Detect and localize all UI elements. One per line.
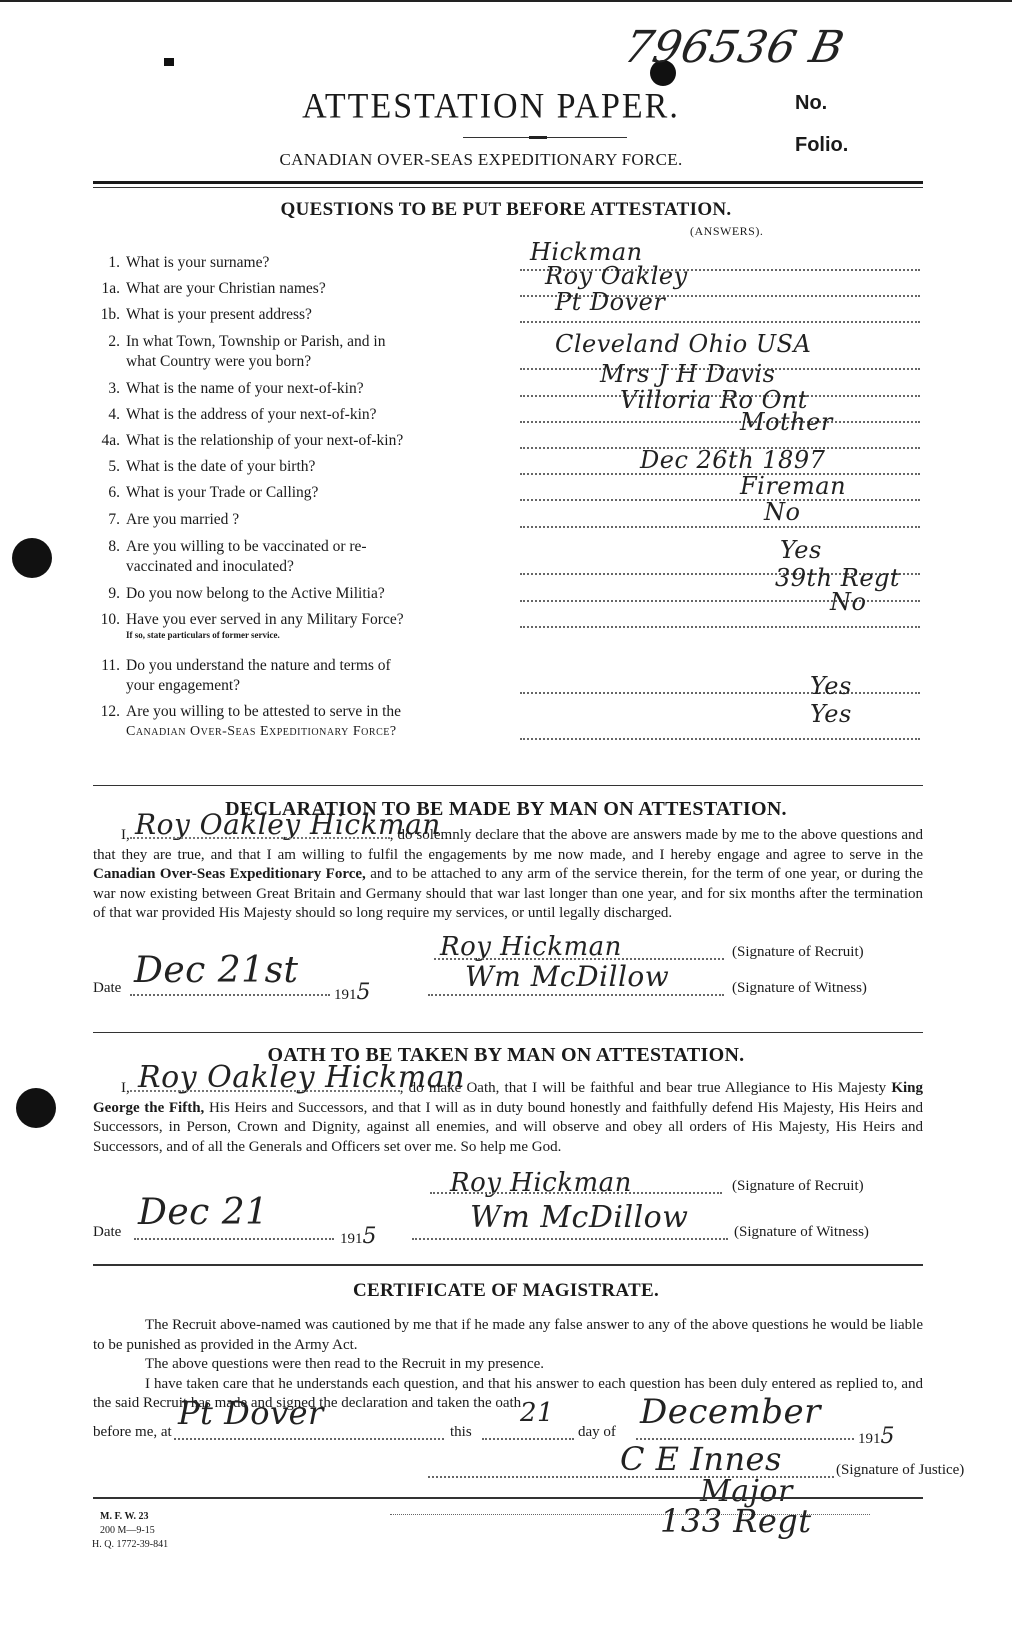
certificate-month: December (640, 1392, 821, 1432)
oath-year: 1915 (340, 1224, 377, 1249)
question-text: Are you married ? (126, 511, 239, 528)
answers-heading: (ANSWERS). (690, 224, 763, 239)
question-number: 10. (96, 610, 120, 630)
answer-value: Mother (740, 408, 833, 436)
justice-unit: 133 Regt (660, 1502, 812, 1540)
before-me-label: before me, at (93, 1424, 172, 1441)
question-number: 1. (96, 253, 120, 273)
question-number: 2. (96, 332, 120, 352)
oath-date-label: Date (93, 1224, 121, 1241)
recruit-signature-label: (Signature of Recruit) (732, 944, 864, 961)
witness-line (412, 1238, 728, 1240)
section-divider (93, 1032, 923, 1033)
witness-line (428, 994, 724, 996)
justice-signature: C E Innes (620, 1440, 782, 1478)
question-text: What is the date of your birth? (126, 458, 315, 475)
document-subtitle: CANADIAN OVER-SEAS EXPEDITIONARY FORCE. (0, 150, 1012, 170)
page-top-edge (0, 0, 1012, 2)
question-row: 12.Are you willing to be attested to ser… (96, 702, 496, 742)
answer-value: Mrs J H Davis (600, 360, 775, 388)
document-title: ATTESTATION PAPER. (0, 87, 1012, 127)
certificate-day: 21 (520, 1398, 554, 1428)
number-label: No. (795, 92, 827, 115)
witness-signature-label: (Signature of Witness) (732, 980, 867, 997)
question-row: 4a.What is the relationship of your next… (96, 431, 496, 451)
question-row: 7.Are you married ? (96, 510, 496, 530)
question-text: What are your Christian names? (126, 280, 326, 297)
answer-line (520, 738, 920, 740)
answer-line (520, 526, 920, 528)
answer-value: Dec 26th 1897 (640, 446, 825, 474)
place-line (174, 1438, 444, 1440)
answer-line (520, 321, 920, 323)
question-row: 2.In what Town, Township or Parish, and … (96, 332, 496, 372)
question-row: 1b.What is your present address? (96, 305, 496, 325)
question-row: 11.Do you understand the nature and term… (96, 656, 496, 696)
section-divider (93, 1264, 923, 1266)
certificate-heading: CERTIFICATE OF MAGISTRATE. (0, 1280, 1012, 1302)
answer-value: No (830, 588, 866, 616)
answer-line (520, 421, 920, 423)
question-number: 4. (96, 405, 120, 425)
oath-witness-signature: Wm McDillow (470, 1200, 688, 1235)
question-text: Are you willing to be vaccinated or re- (126, 538, 367, 555)
header-divider (93, 181, 923, 184)
question-number: 8. (96, 537, 120, 557)
form-codes: M. F. W. 23 200 M—9-15 H. Q. 1772-39-841 (100, 1510, 168, 1552)
recruit-signature-label: (Signature of Recruit) (732, 1178, 864, 1195)
question-row: 3.What is the name of your next-of-kin? (96, 379, 496, 399)
title-divider (463, 137, 627, 138)
declaration-witness-signature: Wm McDillow (465, 960, 669, 993)
question-number: 9. (96, 584, 120, 604)
answer-value: Pt Dover (555, 288, 665, 316)
question-row: 8.Are you willing to be vaccinated or re… (96, 537, 496, 577)
question-number: 1a. (96, 279, 120, 299)
answer-value: Yes (780, 536, 822, 564)
answer-value: Yes (810, 672, 852, 700)
justice-signature-label: (Signature of Justice) (836, 1462, 964, 1479)
question-row: 1.What is your surname? (96, 253, 496, 273)
answer-line (520, 626, 920, 628)
punch-hole (16, 1088, 56, 1128)
footer-divider (93, 1497, 923, 1499)
question-row: 9.Do you now belong to the Active Militi… (96, 584, 496, 604)
signature-line (430, 1192, 722, 1194)
oath-text: I,, do make Oath, that I will be faithfu… (93, 1079, 923, 1157)
answer-value: Yes (810, 700, 852, 728)
folio-label: Folio. (795, 134, 848, 157)
question-text: What is your surname? (126, 254, 269, 271)
day-line (482, 1438, 574, 1440)
header-divider-thin (93, 187, 923, 188)
answer-value: No (764, 498, 800, 526)
question-text: What is the name of your next-of-kin? (126, 380, 364, 397)
question-note: If so, state particulars of former servi… (96, 630, 496, 640)
question-row: 10.Have you ever served in any Military … (96, 610, 496, 640)
question-number: 1b. (96, 305, 120, 325)
question-text: Are you willing to be attested to serve … (126, 703, 401, 720)
date-line (130, 994, 330, 996)
oath-date-value: Dec 21 (138, 1192, 269, 1233)
question-text: In what Town, Township or Parish, and in (126, 333, 385, 350)
question-text-continued: Canadian Over-Seas Expeditionary Force? (96, 722, 496, 742)
question-number: 5. (96, 457, 120, 477)
question-text: What is the address of your next-of-kin? (126, 406, 377, 423)
day-of-label: day of (578, 1424, 616, 1441)
answer-value: Fireman (740, 472, 846, 500)
certificate-place: Pt Dover (178, 1394, 324, 1432)
declaration-date-label: Date (93, 980, 121, 997)
question-text-continued: vaccinated and inoculated? (96, 557, 496, 577)
question-text: What is the relationship of your next-of… (126, 432, 403, 449)
certificate-year: 1915 (858, 1424, 895, 1449)
question-number: 11. (96, 656, 120, 676)
question-number: 12. (96, 702, 120, 722)
question-number: 4a. (96, 431, 120, 451)
declaration-date-value: Dec 21st (134, 950, 299, 991)
question-number: 3. (96, 379, 120, 399)
answer-value: Cleveland Ohio USA (555, 330, 811, 358)
registration-number: 796536 B (620, 22, 849, 73)
declaration-text: I,, do solemnly declare that the above a… (93, 826, 923, 924)
question-text: Do you understand the nature and terms o… (126, 657, 391, 674)
answer-value: Roy Oakley (545, 262, 688, 290)
answer-line (520, 692, 920, 694)
form-code: 200 M—9-15 (100, 1524, 168, 1538)
question-row: 6.What is your Trade or Calling? (96, 483, 496, 503)
section-divider (93, 785, 923, 786)
form-code: M. F. W. 23 (100, 1510, 168, 1524)
question-number: 6. (96, 483, 120, 503)
question-row: 5.What is the date of your birth? (96, 457, 496, 477)
question-row: 1a.What are your Christian names? (96, 279, 496, 299)
witness-signature-label: (Signature of Witness) (734, 1224, 869, 1241)
date-line (134, 1238, 334, 1240)
form-code: H. Q. 1772-39-841 (92, 1538, 168, 1552)
ink-mark (164, 58, 174, 66)
declaration-year: 1915 (334, 980, 371, 1005)
this-label: this (450, 1424, 472, 1441)
question-text-continued: your engagement? (96, 676, 496, 696)
punch-hole (12, 538, 52, 578)
answer-line (520, 499, 920, 501)
question-number: 7. (96, 510, 120, 530)
questions-heading: QUESTIONS TO BE PUT BEFORE ATTESTATION. (0, 199, 1012, 221)
question-text: What is your present address? (126, 306, 312, 323)
question-text: Have you ever served in any Military For… (126, 611, 404, 628)
question-text-continued: what Country were you born? (96, 352, 496, 372)
question-text: What is your Trade or Calling? (126, 484, 318, 501)
question-text: Do you now belong to the Active Militia? (126, 585, 385, 602)
question-row: 4.What is the address of your next-of-ki… (96, 405, 496, 425)
